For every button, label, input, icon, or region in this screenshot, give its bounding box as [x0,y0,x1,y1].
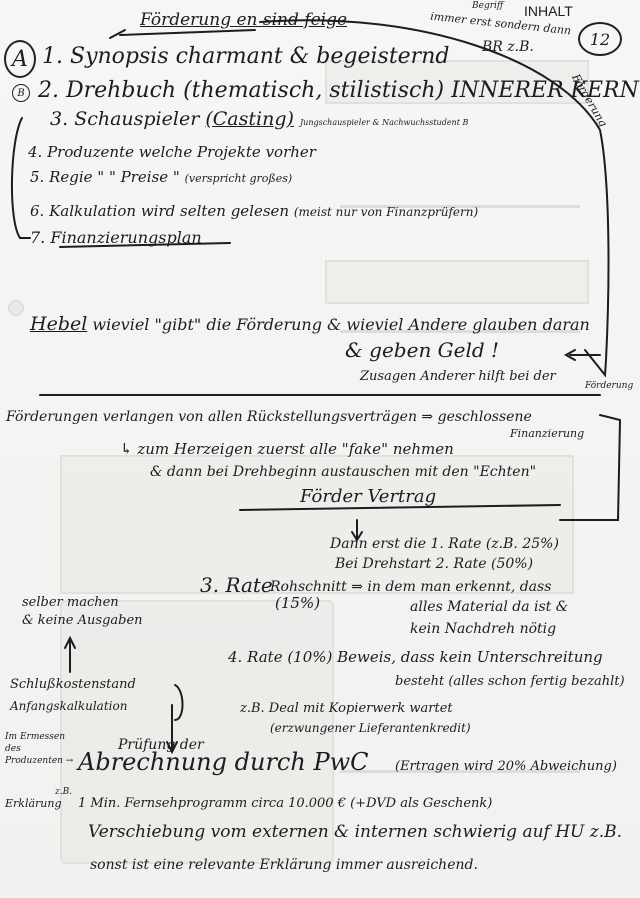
rate-1: Dann erst die 1. Rate (z.B. 25%) [330,537,559,551]
erklaerung: Erklärung [5,798,62,809]
deal-line-2: (erzwungener Lieferantenkredit) [270,722,471,734]
rate-3-pct: (15%) [275,596,320,611]
footer-line-1: 1 Min. Fernsehprogramm circa 10.000 € (+… [78,797,492,810]
selber-machen: selber machen [22,596,119,609]
marker-a: A [4,40,36,78]
produzenten: Produzenten → [5,757,73,766]
page-number: 12 [590,30,610,49]
scanned-page: Förderung en sind feige immer erst sonde… [0,0,640,898]
hebel-line-3-end: Förderung [585,382,633,391]
pruefung-big: Abrechnung durch PwC [78,750,369,774]
list-item-3: 3. Schauspieler (Casting) Jungschauspiel… [50,110,468,129]
rate-3-label: 3. Rate [200,575,273,595]
list-item-1: 1. Synopsis charmant & begeisternd [42,46,449,68]
list-item-5: 5. Regie " " Preise " (verspricht großes… [30,170,292,185]
list-item-4: 4. Produzente welche Projekte vorher [28,145,316,160]
begriff-tag: Begriff [472,2,503,11]
des: des [5,745,21,754]
header-title: Förderung en sind feige [140,12,347,29]
foerderungen-line-1: Förderungen verlangen von allen Rückstel… [6,410,532,424]
hebel-line-3: Zusagen Anderer hilft bei der [360,370,556,383]
list-item-2: 2. Drehbuch (thematisch, stilistisch) IN… [38,80,639,102]
keine-ausgaben: & keine Ausgaben [22,614,143,627]
foerder-vertrag: Förder Vertrag [300,488,436,506]
footer-line-2: Verschiebung vom externen & internen sch… [88,824,622,841]
schlusskostenstand: Schlußkostenstand [10,678,136,691]
anfangskalkulation: Anfangskalkulation [10,700,127,712]
hebel-line-1: Hebel wieviel "gibt" die Förderung & wie… [30,315,590,334]
deal-line: z.B. Deal mit Kopierwerk wartet [240,702,453,715]
rate-3-text-2: alles Material da ist & [410,600,568,614]
rate-3-text: Rohschnitt ⇒ in dem man erkennt, dass [270,580,551,594]
list-item-6: 6. Kalkulation wird selten gelesen (meis… [30,204,478,219]
rate-3-text-3: kein Nachdreh nötig [410,622,556,636]
list-item-7: 7. Finanzierungsplan [30,230,202,246]
foerderungen-line-1-end: Finanzierung [510,428,584,439]
rate-2: Bei Drehstart 2. Rate (50%) [335,557,533,571]
foerderungen-line-2: ↳ zum Herzeigen zuerst alle "fake" nehme… [120,442,454,457]
page-number-circle: 12 [578,22,622,56]
rate-4-line-2: besteht (alles schon fertig bezahlt) [395,675,625,688]
marker-b: B [12,84,30,102]
pruefung-note: (Ertragen wird 20% Abweichung) [395,760,617,773]
rate-4: 4. Rate (10%) Beweis, dass kein Untersch… [228,650,603,665]
im-ermessen: Im Ermessen [5,733,65,742]
inhalt-tag: INHALT [524,4,573,18]
hebel-line-2: & geben Geld ! [345,340,499,360]
br-note: BR z.B. [482,40,534,54]
zb-small: z.B. [55,788,72,797]
footer-line-3: sonst ist eine relevante Erklärung immer… [90,858,478,872]
foerderungen-line-3: & dann bei Drehbeginn austauschen mit de… [150,465,536,479]
